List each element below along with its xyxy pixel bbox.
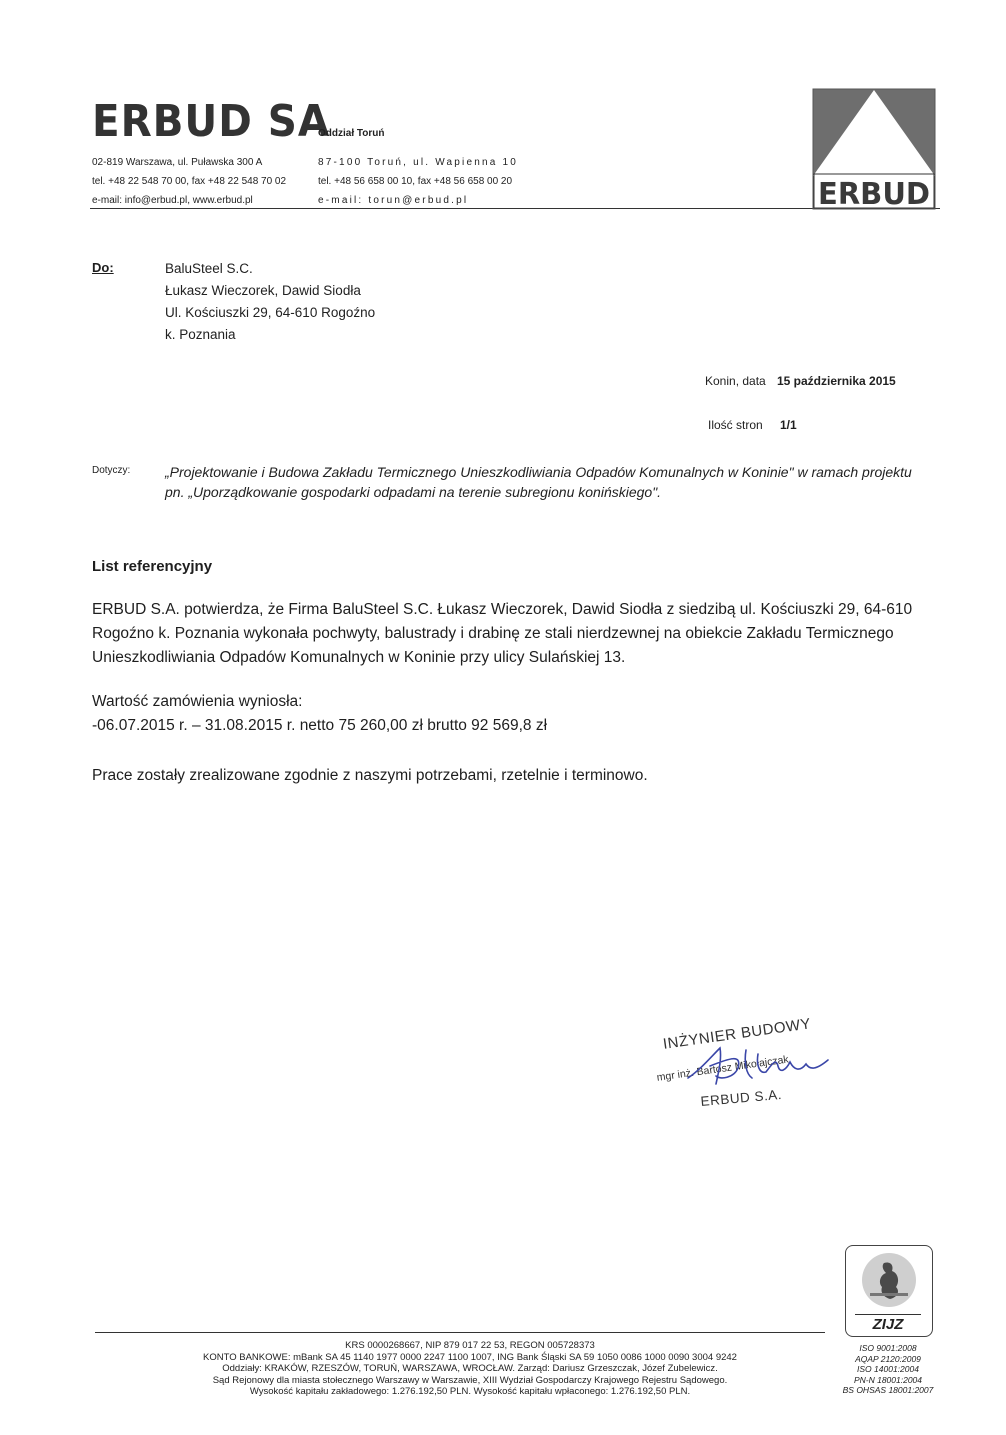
hq-address: 02-819 Warszawa, ul. Puławska 300 A xyxy=(92,153,286,172)
standard-item: ISO 9001:2008 xyxy=(832,1343,944,1354)
signature-icon xyxy=(680,1040,840,1090)
erbud-logo-icon: ERBUD xyxy=(812,88,936,210)
standard-item: BS OHSAS 18001:2007 xyxy=(832,1385,944,1396)
certification-divider xyxy=(855,1314,921,1315)
footer-line: KRS 0000268667, NIP 879 017 22 53, REGON… xyxy=(120,1340,820,1352)
footer-line: Oddziały: KRAKÓW, RZESZÓW, TORUŃ, WARSZA… xyxy=(120,1363,820,1375)
footer-line: Wysokość kapitału zakładowego: 1.276.192… xyxy=(120,1386,820,1398)
addressee-line: Łukasz Wieczorek, Dawid Siodła xyxy=(165,280,375,302)
pages-label: Ilość stron xyxy=(708,418,763,432)
addressee-label: Do: xyxy=(92,260,114,275)
standard-item: ISO 14001:2004 xyxy=(832,1364,944,1375)
branch-phone-fax: tel. +48 56 658 00 10, fax +48 56 658 00… xyxy=(318,172,518,191)
certification-name: ZIJZ xyxy=(845,1316,931,1333)
addressee-line: k. Poznania xyxy=(165,324,375,346)
company-name: ERBUD SA xyxy=(92,98,330,146)
standard-item: PN-N 18001:2004 xyxy=(832,1375,944,1386)
footer-line: Sąd Rejonowy dla miasta stołecznego Wars… xyxy=(120,1375,820,1387)
closing-paragraph: Prace zostały zrealizowane zgodnie z nas… xyxy=(92,764,952,788)
branch-address: 87-100 Toruń, ul. Wapienna 10 xyxy=(318,153,518,172)
branch-title: Oddział Toruń xyxy=(318,128,384,139)
addressee-line: Ul. Kościuszki 29, 64-610 Rogoźno xyxy=(165,302,375,324)
date-label: Konin, data xyxy=(705,374,766,388)
addressee-line: BaluSteel S.C. xyxy=(165,258,375,280)
date-value: 15 października 2015 xyxy=(777,374,896,388)
order-value-block: Wartość zamówienia wyniosła: -06.07.2015… xyxy=(92,690,952,738)
footer-line: KONTO BANKOWE: mBank SA 45 1140 1977 000… xyxy=(120,1352,820,1364)
headquarters-contact: 02-819 Warszawa, ul. Puławska 300 A tel.… xyxy=(92,153,286,210)
confirmation-paragraph: ERBUD S.A. potwierdza, że Firma BaluStee… xyxy=(92,598,952,670)
addressee-block: BaluSteel S.C. Łukasz Wieczorek, Dawid S… xyxy=(165,258,375,346)
hq-phone-fax: tel. +48 22 548 70 00, fax +48 22 548 70… xyxy=(92,172,286,191)
order-value-line: -06.07.2015 r. – 31.08.2015 r. netto 75 … xyxy=(92,714,952,738)
subject-label: Dotyczy: xyxy=(92,465,130,476)
order-value-label: Wartość zamówienia wyniosła: xyxy=(92,690,952,714)
eagle-emblem-icon xyxy=(862,1253,916,1307)
branch-contact: 87-100 Toruń, ul. Wapienna 10 tel. +48 5… xyxy=(318,153,518,210)
logo-text: ERBUD xyxy=(818,177,930,210)
subject-text: „Projektowanie i Budowa Zakładu Termiczn… xyxy=(165,462,935,502)
stamp-company: ERBUD S.A. xyxy=(700,1087,783,1109)
pages-value: 1/1 xyxy=(780,418,797,432)
letter-title: List referencyjny xyxy=(92,558,212,575)
standard-item: AQAP 2120:2009 xyxy=(832,1354,944,1365)
footer-legal-info: KRS 0000268667, NIP 879 017 22 53, REGON… xyxy=(120,1340,820,1398)
footer-divider xyxy=(95,1332,825,1333)
certification-standards: ISO 9001:2008 AQAP 2120:2009 ISO 14001:2… xyxy=(832,1343,944,1396)
